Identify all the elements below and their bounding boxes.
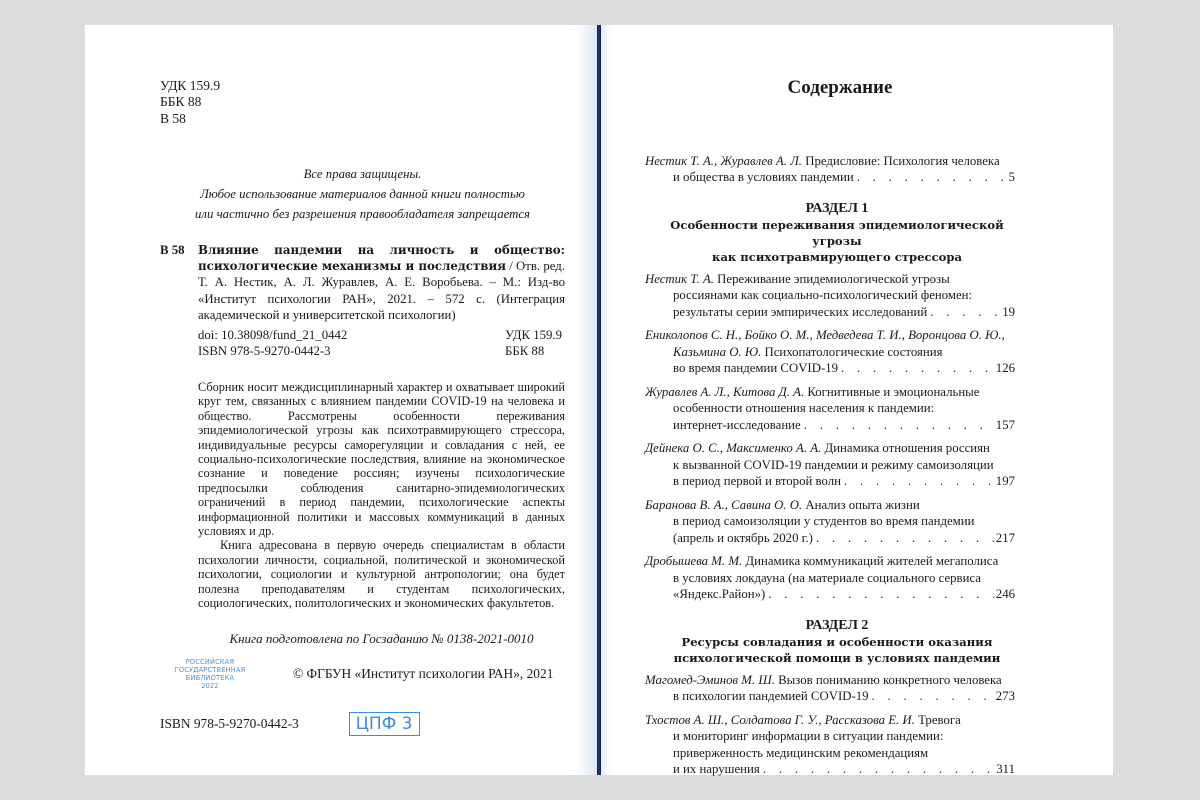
rights-line: Любое использование материалов данной кн… — [160, 184, 565, 204]
toc-entry: Тхостов А. Ш., Солдатова Г. У., Рассказо… — [645, 712, 1015, 778]
entry-line: Журавлев А. Л., Китова Д. А. Когнитивные… — [645, 384, 1015, 401]
entry-text: результаты серии эмпирических исследован… — [673, 304, 927, 321]
dot-leader: . . . . . . . . . . . . . . . . . . . . … — [838, 360, 994, 377]
book-spine — [597, 25, 601, 775]
author-mark: В 58 — [160, 111, 565, 127]
library-stamp-line: 2022 — [160, 682, 260, 690]
entry-author: Дейнека О. С., Максименко А. А. — [645, 441, 821, 455]
isbn-row: ISBN 978-5-9270-0442-3 ЦПФ 3 — [160, 712, 565, 736]
entry-line: в период самоизоляции у студентов во вре… — [645, 513, 1015, 530]
entry-last-line: «Яндекс.Район»). . . . . . . . . . . . .… — [645, 586, 1015, 603]
isbn: ISBN 978-5-9270-0442-3 — [198, 343, 331, 360]
entry-text: (апрель и октябрь 2020 г.) — [673, 530, 813, 547]
section-title: Ресурсы совладания и особенности оказани… — [659, 634, 1015, 650]
entry-text: и общества в условиях пандемии — [673, 169, 854, 186]
page-number: 246 — [994, 586, 1015, 603]
page-number: 157 — [994, 417, 1015, 434]
udk-right: УДК 159.9 — [505, 327, 565, 344]
entry-line: Дробышева М. М. Динамика коммуникаций жи… — [645, 553, 1015, 570]
toc-entry: Нестик Т. А., Журавлев А. Л. Предисловие… — [645, 153, 1015, 186]
entry-line: Нестик Т. А. Переживание эпидемиологичес… — [645, 271, 1015, 288]
entry-line: Баранова В. А., Савина О. О. Анализ опыт… — [645, 497, 1015, 514]
toc-entry: Нестик Т. А. Переживание эпидемиологичес… — [645, 271, 1015, 321]
toc-entry: Магомед-Эминов М. Ш. Вызов пониманию кон… — [645, 672, 1015, 705]
section-number: РАЗДЕЛ 2 — [659, 617, 1015, 634]
toc-entry: Баранова В. А., Савина О. О. Анализ опыт… — [645, 497, 1015, 547]
entry-author: Дробышева М. М. — [645, 554, 742, 568]
toc-entry: Журавлев А. Л., Китова Д. А. Когнитивные… — [645, 384, 1015, 434]
gutter-shadow-right — [601, 25, 613, 775]
entry-line: в условиях локдауна (на материале социал… — [645, 570, 1015, 587]
dot-leader: . . . . . . . . . . . . . . . . . . . . … — [760, 761, 994, 778]
library-stamp-line: БИБЛИОТЕКА — [160, 674, 260, 682]
abstract-paragraph: Сборник носит междисциплинарный характер… — [198, 380, 565, 538]
entry-last-line: интернет-исследование. . . . . . . . . .… — [645, 417, 1015, 434]
entry-line: Тхостов А. Ш., Солдатова Г. У., Рассказо… — [645, 712, 1015, 729]
entry-text: интернет-исследование — [673, 417, 801, 434]
page-number: 197 — [994, 473, 1015, 490]
entry-last-line: и их нарушения. . . . . . . . . . . . . … — [645, 761, 1015, 778]
section-heading: РАЗДЕЛ 1Особенности переживания эпидемио… — [659, 200, 1015, 265]
isbn-bottom: ISBN 978-5-9270-0442-3 — [160, 716, 299, 733]
section-number: РАЗДЕЛ 1 — [659, 200, 1015, 217]
entry-line: Ениколопов С. Н., Бойко О. М., Медведева… — [645, 327, 1015, 344]
section-title: психологической помощи в условиях пандем… — [659, 650, 1015, 666]
entry-last-line: и общества в условиях пандемии. . . . . … — [645, 169, 1015, 186]
classification-codes: УДК 159.9 ББК 88 В 58 — [160, 78, 565, 127]
page-number: 19 — [1000, 304, 1015, 321]
entry-author: Нестик Т. А. — [645, 272, 714, 286]
section-heading: РАЗДЕЛ 2Ресурсы совладания и особенности… — [659, 617, 1015, 666]
entry-line: россиянами как социально-психологический… — [645, 287, 1015, 304]
biblio-code: В 58 — [160, 242, 198, 323]
entry-line: Казьмина О. Ю. Психопатологические состо… — [645, 344, 1015, 361]
entry-text: «Яндекс.Район») — [673, 586, 765, 603]
entry-line: Нестик Т. А., Журавлев А. Л. Предисловие… — [645, 153, 1015, 170]
table-of-contents: Нестик Т. А., Журавлев А. Л. Предисловие… — [645, 153, 1015, 778]
copyright: © ФГБУН «Институт психологии РАН», 2021 — [293, 666, 553, 683]
identifiers-row-2: ISBN 978-5-9270-0442-3 ББК 88 — [198, 343, 565, 360]
library-stamp-line: ГОСУДАРСТВЕННАЯ — [160, 666, 260, 674]
entry-text: в психологии пандемией COVID-19 — [673, 688, 869, 705]
dot-leader: . . . . . . . . . . . . . . . . . . . . … — [869, 688, 994, 705]
abstract-paragraph: Книга адресована в первую очередь специа… — [198, 538, 565, 610]
bibliographic-record: В 58 Влияние пандемии на личность и обще… — [160, 242, 565, 323]
page-number: 5 — [1007, 169, 1015, 186]
dot-leader: . . . . . . . . . . . . . . . . . . . . … — [801, 417, 994, 434]
toc-entry: Дробышева М. М. Динамика коммуникаций жи… — [645, 553, 1015, 603]
dot-leader: . . . . . . . . . . . . . . . . . . . . … — [765, 586, 993, 603]
entry-line: Дейнека О. С., Максименко А. А. Динамика… — [645, 440, 1015, 457]
library-stamp-logo: РОССИЙСКАЯ ГОСУДАРСТВЕННАЯ БИБЛИОТЕКА 20… — [160, 658, 260, 690]
copyright-row: РОССИЙСКАЯ ГОСУДАРСТВЕННАЯ БИБЛИОТЕКА 20… — [160, 658, 565, 690]
entry-text: во время пандемии COVID-19 — [673, 360, 838, 377]
cpf-stamp: ЦПФ 3 — [349, 712, 420, 736]
entry-text: в период первой и второй волн — [673, 473, 841, 490]
entry-author: Казьмина О. Ю. — [673, 345, 761, 359]
dot-leader: . . . . . . . . . . . . . . . . . . . . … — [841, 473, 994, 490]
entry-line: особенности отношения населения к пандем… — [645, 400, 1015, 417]
bbk-code: ББК 88 — [160, 94, 565, 110]
rights-line: или частично без разрешения правообладат… — [160, 204, 565, 224]
dot-leader: . . . . . . . . . . . . . . . . . . . . … — [854, 169, 1007, 186]
imprint-page: УДК 159.9 ББК 88 В 58 Все права защищены… — [160, 78, 565, 736]
toc-entry: Дейнека О. С., Максименко А. А. Динамика… — [645, 440, 1015, 490]
bbk-right: ББК 88 — [505, 343, 565, 360]
doi: doi: 10.38098/fund_21_0442 — [198, 327, 347, 344]
udk-code: УДК 159.9 — [160, 78, 565, 94]
entry-author: Тхостов А. Ш., Солдатова Г. У., Рассказо… — [645, 713, 915, 727]
entry-last-line: в психологии пандемией COVID-19. . . . .… — [645, 688, 1015, 705]
entry-line: приверженность медицинским рекомендациям — [645, 745, 1015, 762]
entry-last-line: в период первой и второй волн. . . . . .… — [645, 473, 1015, 490]
contents-page: Содержание Нестик Т. А., Журавлев А. Л. … — [645, 80, 1015, 785]
entry-author: Баранова В. А., Савина О. О. — [645, 498, 802, 512]
section-title: Особенности переживания эпидемиологическ… — [659, 217, 1015, 249]
abstract: Сборник носит междисциплинарный характер… — [198, 380, 565, 611]
rights-notice: Все права защищены. Любое использование … — [160, 164, 565, 224]
section-title: как психотравмирующего стрессора — [659, 249, 1015, 265]
contents-title: Содержание — [665, 80, 1015, 97]
dot-leader: . . . . . . . . . . . . . . . . . . . . … — [813, 530, 994, 547]
library-stamp-line: РОССИЙСКАЯ — [160, 658, 260, 666]
entry-last-line: во время пандемии COVID-19. . . . . . . … — [645, 360, 1015, 377]
page-number: 273 — [994, 688, 1015, 705]
biblio-description: Влияние пандемии на личность и общество:… — [198, 242, 565, 323]
rights-line: Все права защищены. — [160, 164, 565, 184]
entry-author: Магомед-Эминов М. Ш. — [645, 673, 775, 687]
entry-author: Нестик Т. А., Журавлев А. Л. — [645, 154, 802, 168]
entry-last-line: результаты серии эмпирических исследован… — [645, 304, 1015, 321]
state-task-note: Книга подготовлена по Госзаданию № 0138-… — [198, 631, 565, 648]
page-number: 126 — [994, 360, 1015, 377]
entry-author: Журавлев А. Л., Китова Д. А. — [645, 385, 804, 399]
entry-line: и мониторинг информации в ситуации панде… — [645, 728, 1015, 745]
entry-last-line: (апрель и октябрь 2020 г.). . . . . . . … — [645, 530, 1015, 547]
entry-text: и их нарушения — [673, 761, 760, 778]
identifiers-row-1: doi: 10.38098/fund_21_0442 УДК 159.9 — [198, 327, 565, 344]
toc-entry: Ениколопов С. Н., Бойко О. М., Медведева… — [645, 327, 1015, 377]
dot-leader: . . . . . . . . . . . . . . . . . . . . … — [927, 304, 1000, 321]
entry-line: к вызванной COVID-19 пандемии и режиму с… — [645, 457, 1015, 474]
gutter-shadow — [575, 25, 597, 775]
page-number: 311 — [994, 761, 1015, 778]
page-number: 217 — [994, 530, 1015, 547]
entry-line: Магомед-Эминов М. Ш. Вызов пониманию кон… — [645, 672, 1015, 689]
entry-author: Ениколопов С. Н., Бойко О. М., Медведева… — [645, 328, 1005, 342]
